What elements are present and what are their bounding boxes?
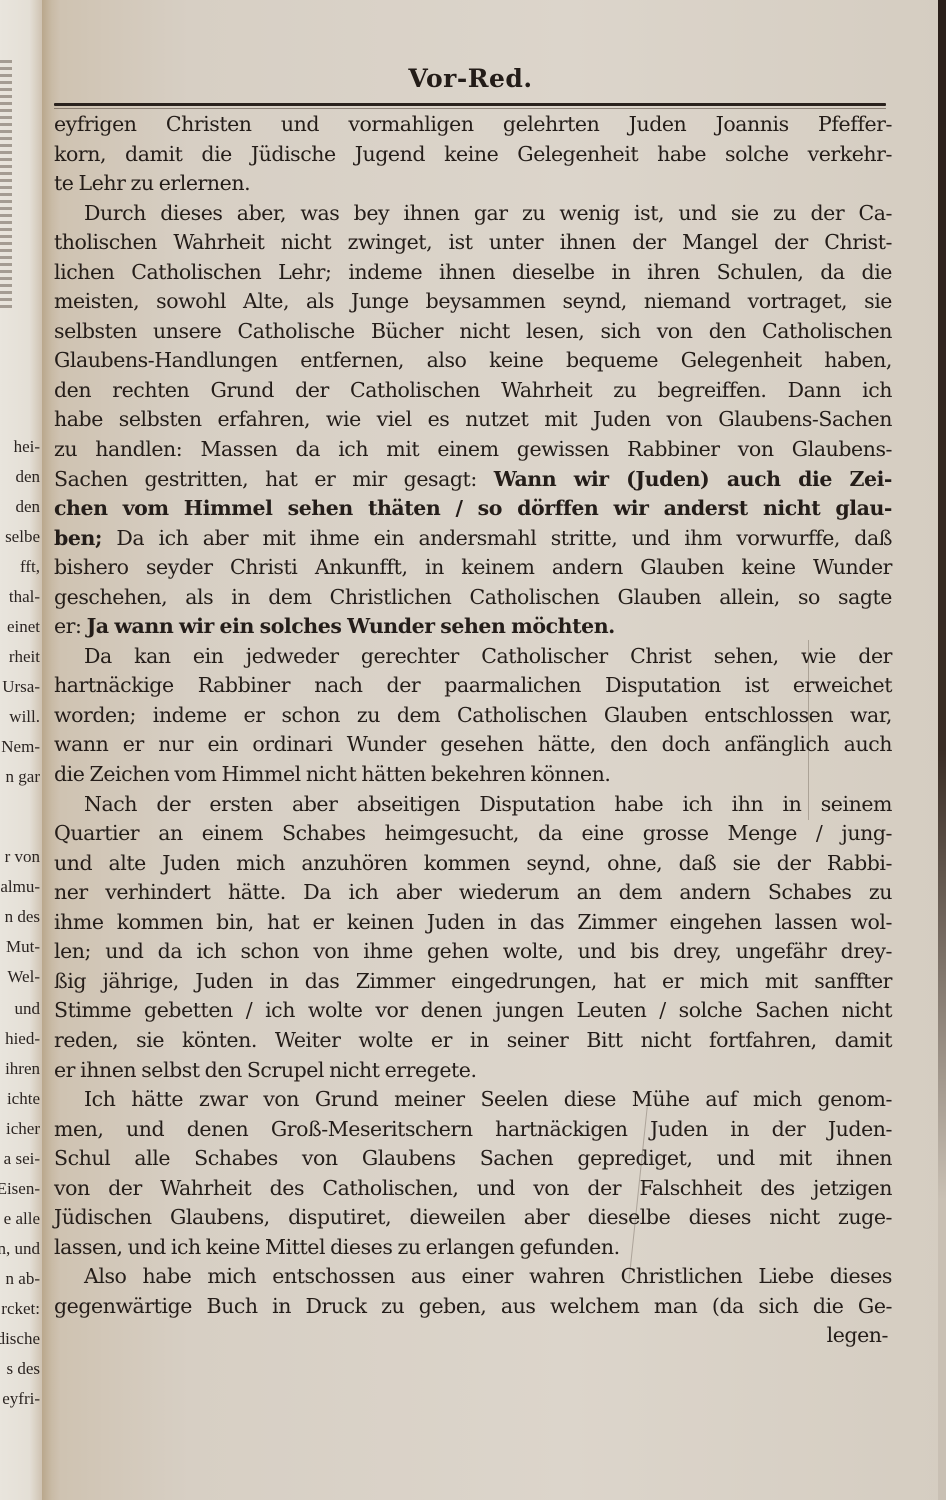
text-line: den rechten Grund der Catholischen Wahrh… <box>54 376 892 406</box>
text-line: ben; Da ich aber mit ihme ein andersmahl… <box>54 524 892 554</box>
paragraph: Ich hätte zwar von Grund meiner Seelen d… <box>54 1085 892 1262</box>
line-text: bishero seyder Christi Ankunfft, in kein… <box>54 555 892 579</box>
text-line: Stimme gebetten / ich wolte vor denen ju… <box>54 996 892 1026</box>
text-line: zu handlen: Massen da ich mit einem gewi… <box>54 435 892 465</box>
text-line: wann er nur ein ordinari Wunder gesehen … <box>54 730 892 760</box>
paragraph: Nach der ersten aber abseitigen Disputat… <box>54 790 892 1085</box>
book-page: Vor-Red. eyfrigen Christen und vormahlig… <box>48 0 938 1500</box>
facing-page-fragment: Nem- <box>1 738 40 755</box>
text-line: lassen, und ich keine Mittel dieses zu e… <box>54 1233 892 1263</box>
facing-page-fragment: Ursa- <box>2 678 40 695</box>
facing-page-fragment: und <box>15 1000 41 1017</box>
line-text: gegenwärtige Buch in Druck zu geben, aus… <box>54 1294 892 1318</box>
paragraph: Durch dieses aber, was bey ihnen gar zu … <box>54 199 892 642</box>
facing-page-fragment: r von <box>5 848 40 865</box>
text-line: Sachen gestritten, hat er mir gesagt: Wa… <box>54 465 892 495</box>
facing-page-fragment: n gar <box>6 768 40 785</box>
text-line: len; und da ich schon von ihme gehen wol… <box>54 937 892 967</box>
text-line: Also habe mich entschossen aus einer wah… <box>54 1262 892 1292</box>
facing-page-fragment: e alle <box>4 1210 40 1227</box>
facing-page-fragment: ihren <box>5 1060 40 1077</box>
line-text: den rechten Grund der Catholischen Wahrh… <box>54 378 892 402</box>
line-text: men, und denen Groß-Meseritschern hartnä… <box>54 1117 892 1141</box>
line-text: zu handlen: Massen da ich mit einem gewi… <box>54 437 892 461</box>
line-text: ner verhindert hätte. Da ich aber wieder… <box>54 880 892 904</box>
header-rule-thin <box>54 108 886 109</box>
text-line: te Lehr zu erlernen. <box>54 169 892 199</box>
facing-page-fragment: rcket: <box>1 1300 40 1317</box>
line-text: Ich hätte zwar von Grund meiner Seelen d… <box>84 1087 892 1111</box>
facing-page-fragment: n des <box>5 908 40 925</box>
facing-page-strip: hei-dendenselbefft,thal-einetrheitUrsa-w… <box>0 0 43 1500</box>
text-line: Jüdischen Glaubens, disputiret, dieweile… <box>54 1203 892 1233</box>
facing-page-fragment: den <box>15 498 40 515</box>
line-text: Sachen gestritten, hat er mir gesagt: <box>54 467 494 491</box>
paragraph: Da kan ein jedweder gerechter Catholisch… <box>54 642 892 790</box>
facing-page-fragment: Eisen- <box>0 1180 40 1197</box>
text-line: tholischen Wahrheit nicht zwinget, ist u… <box>54 228 892 258</box>
emphasized-quote: ben; <box>54 526 102 550</box>
line-text: die Zeichen vom Himmel nicht hätten beke… <box>54 762 610 786</box>
body-text: eyfrigen Christen und vormahligen gelehr… <box>54 110 892 1351</box>
text-line: Nach der ersten aber abseitigen Disputat… <box>54 790 892 820</box>
facing-page-fragment: dische <box>0 1330 40 1347</box>
text-line: geschehen, als in dem Christlichen Catho… <box>54 583 892 613</box>
text-line: er: Ja wann wir ein solches Wunder sehen… <box>54 612 892 642</box>
line-text: te Lehr zu erlernen. <box>54 171 250 195</box>
emphasized-quote: Wann wir (Juden) auch die Zei- <box>494 467 892 491</box>
text-line: reden, sie könten. Weiter wolte er in se… <box>54 1026 892 1056</box>
facing-page-fragment: s des <box>6 1360 40 1377</box>
text-line: Schul alle Schabes von Glaubens Sachen g… <box>54 1144 892 1174</box>
emphasized-quote: Ja wann wir ein solches Wunder sehen möc… <box>87 614 615 638</box>
line-text: und alte Juden mich anzuhören kommen sey… <box>54 851 892 875</box>
emphasized-quote: chen vom Himmel sehen thäten / so dörffe… <box>54 496 892 520</box>
facing-page-fragment: den <box>15 468 40 485</box>
line-text: ßig jährige, Juden in das Zimmer eingedr… <box>54 969 892 993</box>
text-line: meisten, sowohl Alte, als Junge beysamme… <box>54 287 892 317</box>
line-text: lichen Catholischen Lehr; indeme ihnen d… <box>54 260 892 284</box>
line-text: worden; indeme er schon zu dem Catholisc… <box>54 703 892 727</box>
line-text: Da kan ein jedweder gerechter Catholisch… <box>84 644 892 668</box>
text-line: worden; indeme er schon zu dem Catholisc… <box>54 701 892 731</box>
text-line: von der Wahrheit des Catholischen, und v… <box>54 1174 892 1204</box>
line-text: meisten, sowohl Alte, als Junge beysamme… <box>54 289 892 313</box>
paragraph: eyfrigen Christen und vormahligen gelehr… <box>54 110 892 199</box>
text-line: Quartier an einem Schabes heimgesucht, d… <box>54 819 892 849</box>
dark-backdrop-edge <box>938 0 946 1500</box>
text-line: Glaubens-Handlungen entfernen, also kein… <box>54 346 892 376</box>
line-text: er ihnen selbst den Scrupel nicht errege… <box>54 1058 477 1082</box>
line-text: lassen, und ich keine Mittel dieses zu e… <box>54 1235 620 1259</box>
facing-page-fragment: Mut- <box>6 938 40 955</box>
line-text: Also habe mich entschossen aus einer wah… <box>84 1264 892 1288</box>
facing-page-fragment: einet <box>7 618 40 635</box>
catchword: legen- <box>54 1321 892 1351</box>
line-text: Quartier an einem Schabes heimgesucht, d… <box>54 821 892 845</box>
facing-page-fragment: n ab- <box>6 1270 40 1287</box>
facing-page-fragment: almu- <box>0 878 40 895</box>
text-line: die Zeichen vom Himmel nicht hätten beke… <box>54 760 892 790</box>
text-line: eyfrigen Christen und vormahligen gelehr… <box>54 110 892 140</box>
text-line: ßig jährige, Juden in das Zimmer eingedr… <box>54 967 892 997</box>
line-text: ihme kommen bin, hat er keinen Juden in … <box>54 910 892 934</box>
facing-page-fragment: ichte <box>7 1090 40 1107</box>
line-text: selbsten unsere Catholische Bücher nicht… <box>54 319 892 343</box>
line-text: hartnäckige Rabbiner nach der paarmalich… <box>54 673 892 697</box>
text-line: Da kan ein jedweder gerechter Catholisch… <box>54 642 892 672</box>
text-line: ner verhindert hätte. Da ich aber wieder… <box>54 878 892 908</box>
ornament-border-icon <box>0 60 12 310</box>
header-rule <box>54 103 886 106</box>
facing-page-fragment: n, und <box>0 1240 40 1257</box>
text-line: ihme kommen bin, hat er keinen Juden in … <box>54 908 892 938</box>
line-text: Durch dieses aber, was bey ihnen gar zu … <box>84 201 892 225</box>
facing-page-fragment: selbe <box>5 528 40 545</box>
facing-page-fragment: eyfri- <box>2 1390 40 1407</box>
paragraph: Also habe mich entschossen aus einer wah… <box>54 1262 892 1321</box>
text-line: hartnäckige Rabbiner nach der paarmalich… <box>54 671 892 701</box>
line-text: er: <box>54 614 87 638</box>
facing-page-fragment: Wel- <box>7 968 40 985</box>
line-text: reden, sie könten. Weiter wolte er in se… <box>54 1028 892 1052</box>
line-text: von der Wahrheit des Catholischen, und v… <box>54 1176 892 1200</box>
facing-page-fragment: rheit <box>9 648 40 665</box>
line-text: Schul alle Schabes von Glaubens Sachen g… <box>54 1146 892 1170</box>
facing-page-fragment: fft, <box>20 558 40 575</box>
line-text: habe selbsten erfahren, wie viel es nutz… <box>54 407 892 431</box>
text-line: lichen Catholischen Lehr; indeme ihnen d… <box>54 258 892 288</box>
facing-page-fragment: will. <box>9 708 40 725</box>
text-line: korn, damit die Jüdische Jugend keine Ge… <box>54 140 892 170</box>
line-text: Da ich aber mit ihme ein andersmahl stri… <box>102 526 892 550</box>
line-text: tholischen Wahrheit nicht zwinget, ist u… <box>54 230 892 254</box>
line-text: Stimme gebetten / ich wolte vor denen ju… <box>54 998 892 1022</box>
text-line: er ihnen selbst den Scrupel nicht errege… <box>54 1056 892 1086</box>
facing-page-fragment: hei- <box>14 438 40 455</box>
line-text: Glaubens-Handlungen entfernen, also kein… <box>54 348 892 372</box>
line-text: wann er nur ein ordinari Wunder gesehen … <box>54 732 892 756</box>
line-text: Nach der ersten aber abseitigen Disputat… <box>84 792 892 816</box>
text-line: Durch dieses aber, was bey ihnen gar zu … <box>54 199 892 229</box>
facing-page-fragment: hied- <box>5 1030 40 1047</box>
text-line: men, und denen Groß-Meseritschern hartnä… <box>54 1115 892 1145</box>
text-line: selbsten unsere Catholische Bücher nicht… <box>54 317 892 347</box>
line-text: korn, damit die Jüdische Jugend keine Ge… <box>54 142 892 166</box>
text-line: bishero seyder Christi Ankunfft, in kein… <box>54 553 892 583</box>
line-text: Jüdischen Glaubens, disputiret, dieweile… <box>54 1205 892 1229</box>
facing-page-fragment: icher <box>6 1120 40 1137</box>
text-line: habe selbsten erfahren, wie viel es nutz… <box>54 405 892 435</box>
facing-page-fragment: thal- <box>9 588 40 605</box>
text-line: Ich hätte zwar von Grund meiner Seelen d… <box>54 1085 892 1115</box>
running-head: Vor-Red. <box>48 64 893 93</box>
line-text: len; und da ich schon von ihme gehen wol… <box>54 939 892 963</box>
facing-page-fragment: a sei- <box>4 1150 40 1167</box>
text-line: gegenwärtige Buch in Druck zu geben, aus… <box>54 1292 892 1322</box>
text-line: und alte Juden mich anzuhören kommen sey… <box>54 849 892 879</box>
text-line: chen vom Himmel sehen thäten / so dörffe… <box>54 494 892 524</box>
line-text: geschehen, als in dem Christlichen Catho… <box>54 585 892 609</box>
line-text: eyfrigen Christen und vormahligen gelehr… <box>54 112 892 136</box>
